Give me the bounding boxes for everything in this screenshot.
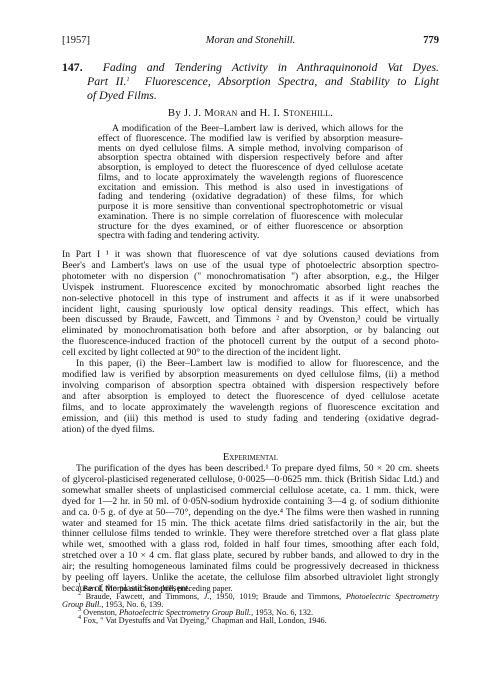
byline: By J. J. Moran and H. I. Stonehill. (62, 107, 439, 119)
title-text-2b: Fluorescence, Absorption Spectra, and St… (129, 74, 439, 88)
footnotes: 1 Part I, Moran and Stonehill, preceding… (62, 585, 439, 625)
body-line: ation) of the dyed films. (62, 425, 439, 436)
abstract-line: spectra with fading and tendering activi… (98, 231, 403, 241)
author-1-initials: J. J. (184, 107, 202, 119)
paper-title: 147. Fading and Tendering Activity in An… (62, 60, 439, 102)
experimental-section: The purification of the dyes has been de… (62, 464, 439, 595)
byline-and: and (240, 107, 256, 119)
footnote-mark: 1 (78, 583, 81, 589)
footnote-mark: 4 (78, 615, 81, 621)
footnote-text: Fox, " Vat Dyestuffs and Vat Dyeing," Ch… (83, 616, 327, 625)
title-line-1: 147. Fading and Tendering Activity in An… (62, 60, 439, 74)
running-head: [1957] Moran and Stonehill. 779 (62, 35, 439, 49)
author-2-surname: Stonehill. (283, 107, 333, 119)
author-2-initials: H. I. (260, 107, 281, 119)
body-line: non-selective photocell in this type of … (62, 294, 439, 305)
body-line: films, and to locate approximately the w… (62, 403, 439, 414)
footnote-4: 4 Fox, " Vat Dyestuffs and Vat Dyeing," … (62, 617, 439, 625)
footnote-mark: 2 (78, 591, 81, 597)
section-heading: Experimental (62, 452, 439, 463)
title-text-2a: Part II. (87, 74, 126, 88)
paper-number: 147. (62, 60, 83, 74)
title-line-3: of Dyed Films. (62, 88, 439, 102)
title-text-1: Fading and Tendering Activity in Anthraq… (103, 60, 439, 74)
body-line: Uvispek instrument. Fluorescence excited… (62, 283, 439, 294)
author-1-surname: Moran (204, 107, 237, 119)
running-head-authors: Moran and Stonehill. (62, 35, 439, 46)
page-number: 779 (423, 35, 439, 46)
body-line: dyed for 1—2 hr. in 50 ml. of 0·05N-sodi… (62, 497, 439, 508)
byline-by: By (168, 107, 181, 119)
abstract: A modification of the Beer–Lambert law i… (98, 124, 403, 241)
footnote-text: , 1950, 1019; Braude and Timmons, (209, 592, 345, 601)
title-line-2: Part II.1 Fluorescence, Absorption Spect… (62, 74, 439, 88)
body-line: emission, and (iii) this method is used … (62, 414, 439, 425)
introduction: In Part I ¹ it was shown that fluorescen… (62, 250, 439, 435)
footnote-mark: 3 (78, 607, 81, 613)
journal-name: Photoelectric Spectrometry (346, 592, 439, 601)
body-line: and ca. 0·5 g. of dye at 50—70°, dependi… (62, 508, 439, 519)
